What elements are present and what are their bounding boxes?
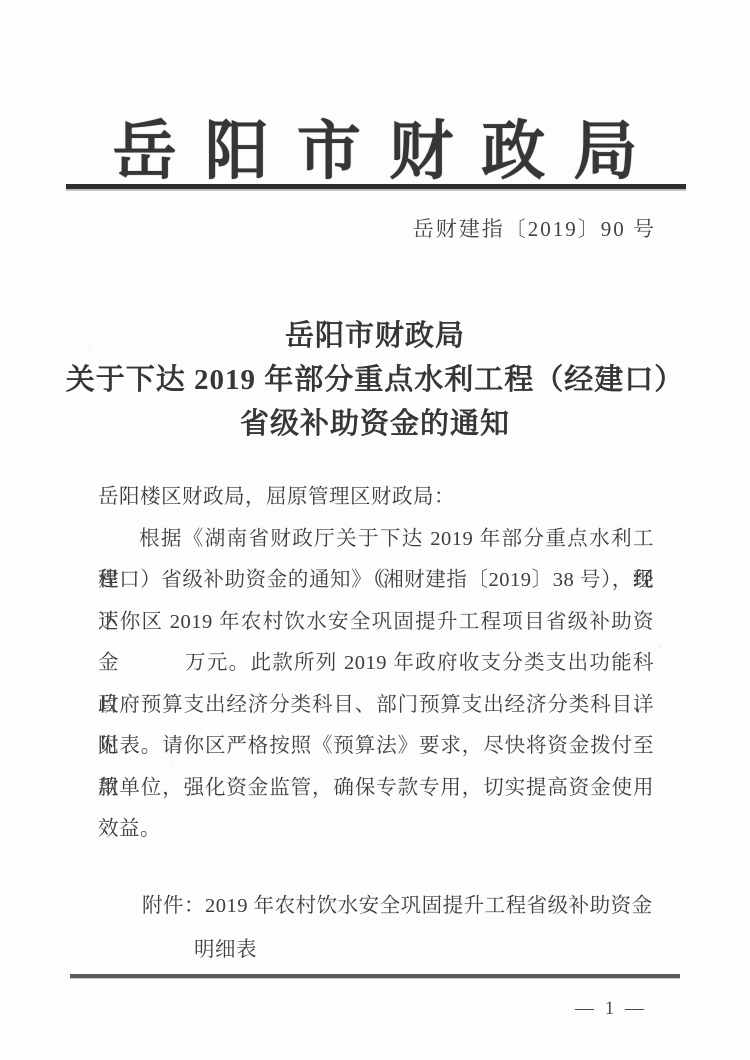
body-line: 达你区 2019 年农村饮水安全巩固提升工程项目省级补助资 <box>98 602 654 644</box>
notice-title-line-1: 岳阳市财政局 <box>40 314 710 358</box>
page-number: — 1 — <box>575 998 647 1020</box>
body-line: 根据《湖南省财政厅关于下达 2019 年部分重点水利工程（经 <box>98 519 654 561</box>
notice-body: 岳阳楼区财政局，屈原管理区财政局： 根据《湖南省财政厅关于下达 2019 年部分… <box>98 477 654 851</box>
body-line: 款单位，强化资金监管，确保专款专用，切实提高资金使用 <box>98 768 654 810</box>
notice-title-line-2: 关于下达 2019 年部分重点水利工程（经建口） <box>40 358 710 402</box>
body-line: 金 万元。此款所列 2019 年政府收支分类支出功能科目、 <box>98 643 654 685</box>
body-line: 效益。 <box>98 809 654 851</box>
body-line: 附表。请你区严格按照《预算法》要求，尽快将资金拨付至用 <box>98 726 654 768</box>
footer-rule <box>70 974 680 978</box>
notice-title: 岳阳市财政局 关于下达 2019 年部分重点水利工程（经建口） 省级补助资金的通… <box>40 314 710 446</box>
body-line: 政府预算支出经济分类科目、部门预算支出经济分类科目详见 <box>98 685 654 727</box>
document-number: 岳财建指〔2019〕90 号 <box>413 213 656 243</box>
salutation-line: 岳阳楼区财政局，屈原管理区财政局： <box>98 477 654 519</box>
attachment-line-2: 明细表 <box>98 928 654 972</box>
attachment-line-1: 附件：2019 年农村饮水安全巩固提升工程省级补助资金 <box>98 884 654 928</box>
attachment-note: 附件：2019 年农村饮水安全巩固提升工程省级补助资金 明细表 <box>98 884 654 972</box>
notice-title-line-3: 省级补助资金的通知 <box>40 402 710 446</box>
scanned-document-page: 岳阳市财政局 岳财建指〔2019〕90 号 岳阳市财政局 关于下达 2019 年… <box>0 0 750 1060</box>
letterhead-org-name: 岳阳市财政局 <box>0 100 750 192</box>
body-line: 建口）省级补助资金的通知》（湘财建指〔2019〕38 号），现下 <box>98 560 654 602</box>
letterhead-rule <box>66 184 686 189</box>
